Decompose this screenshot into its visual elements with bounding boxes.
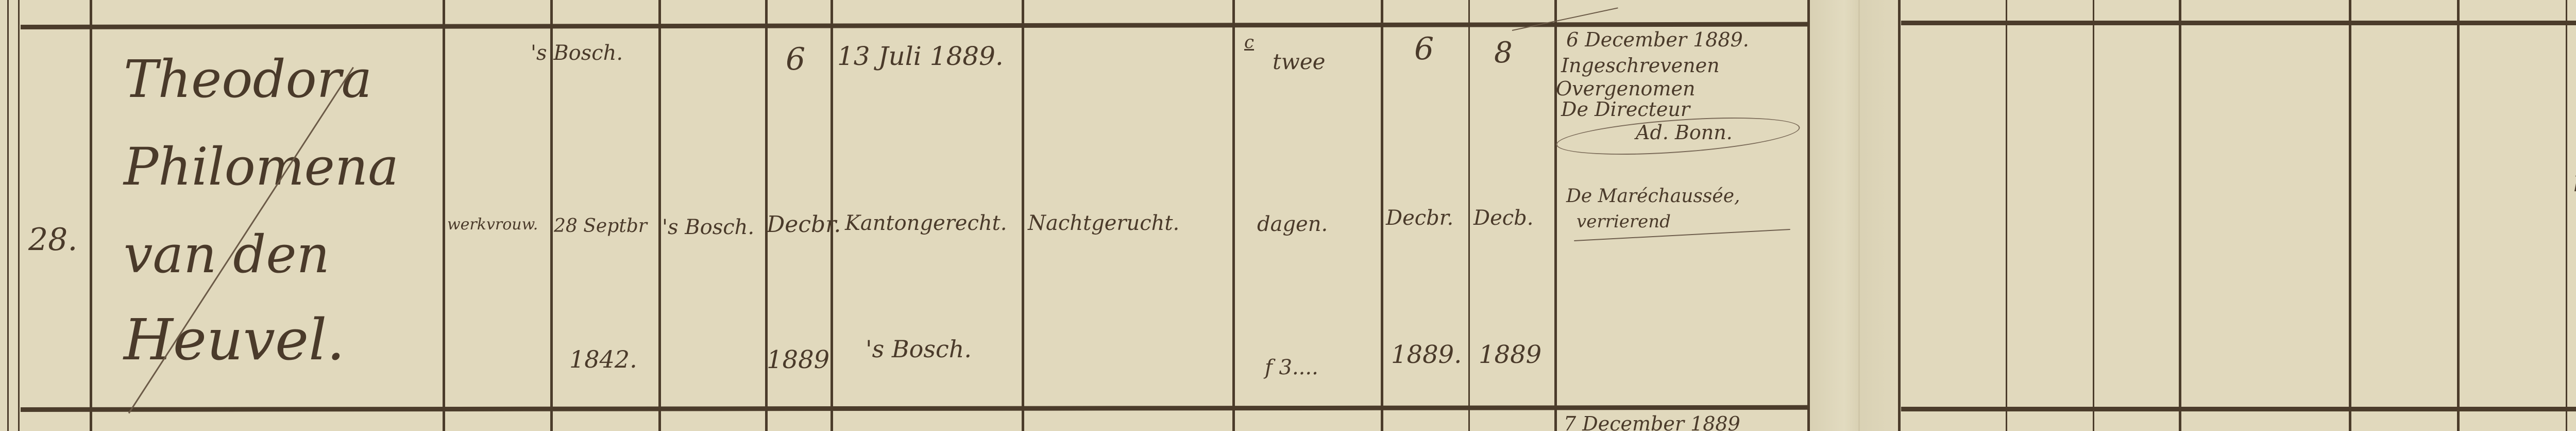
sentence-place: 's Bosch. <box>866 335 972 363</box>
name-line-4: Heuvel. <box>124 307 345 373</box>
occupation: werkvrouw. <box>447 215 538 234</box>
remarks-line-4: De Directeur <box>1561 98 1690 121</box>
column-line <box>1381 0 1383 431</box>
entry-number: 28. <box>28 222 77 258</box>
birth-place-top: 's Bosch. <box>531 41 623 65</box>
column-line <box>1807 0 1810 431</box>
column-line <box>2457 0 2460 431</box>
birth-date: 28 Septbr <box>554 215 647 237</box>
handover-line-1: De Maréchaussée, <box>1566 186 1740 207</box>
entry-year: 1889. <box>1391 340 1462 369</box>
sentence-court: Kantongerecht. <box>845 211 1007 235</box>
column-line <box>1468 0 1470 431</box>
row-bottom-rule-right <box>1901 407 2576 411</box>
sentence-date: 13 Juli 1889. <box>837 41 1004 71</box>
arrest-year: 1889 <box>767 345 829 374</box>
entry-day: 6 <box>1414 31 1434 67</box>
punishment-fine: f 3.... <box>1265 356 1318 379</box>
column-line <box>2093 0 2094 431</box>
right-page <box>1899 0 2576 431</box>
column-line <box>1022 0 1024 431</box>
offence: Nachtgerucht. <box>1028 211 1179 235</box>
column-line <box>1554 0 1557 431</box>
column-line <box>7 0 9 431</box>
column-line <box>443 0 445 431</box>
column-line <box>90 0 92 431</box>
arrest-day: 6 <box>786 41 805 77</box>
residence: 's Bosch. <box>662 215 754 239</box>
row-top-rule-right <box>1901 21 2576 25</box>
column-line <box>2179 0 2181 431</box>
column-line <box>2349 0 2351 431</box>
entry-month: Decbr. <box>1386 206 1453 230</box>
next-entry-remarks-date: 7 December 1889 <box>1564 412 1740 431</box>
arrest-month: Decbr. <box>767 211 841 238</box>
director-signature: Ad. Bonn. <box>1636 121 1733 144</box>
exit-day: 8 <box>1494 36 1513 70</box>
remarks-line-3: Overgenomen <box>1556 77 1695 100</box>
name-line-3: van den <box>124 224 330 285</box>
remarks-line-1: 6 December 1889. <box>1566 28 1749 51</box>
name-line-1: Theodora <box>124 49 372 109</box>
detention-type: hecht. <box>2573 173 2576 196</box>
column-line <box>1898 0 1901 431</box>
exit-year: 1889 <box>1479 340 1541 369</box>
column-line <box>18 0 20 431</box>
punishment-duration: twee <box>1273 49 1326 74</box>
column-line <box>1232 0 1235 431</box>
handover-line-2: verrierend <box>1577 211 1671 232</box>
birth-year: 1842. <box>569 345 637 373</box>
gutter-fold <box>1858 0 1860 431</box>
remarks-line-2: Ingeschrevenen <box>1561 54 1720 77</box>
column-line <box>658 0 661 431</box>
name-line-2: Philomena <box>124 137 399 197</box>
exit-month: Decb. <box>1473 206 1533 230</box>
punishment-unit: dagen. <box>1257 212 1328 236</box>
column-line <box>2006 0 2007 431</box>
book-gutter <box>1808 0 1899 431</box>
punishment-mark: c <box>1244 32 1254 53</box>
column-line <box>2566 0 2567 431</box>
